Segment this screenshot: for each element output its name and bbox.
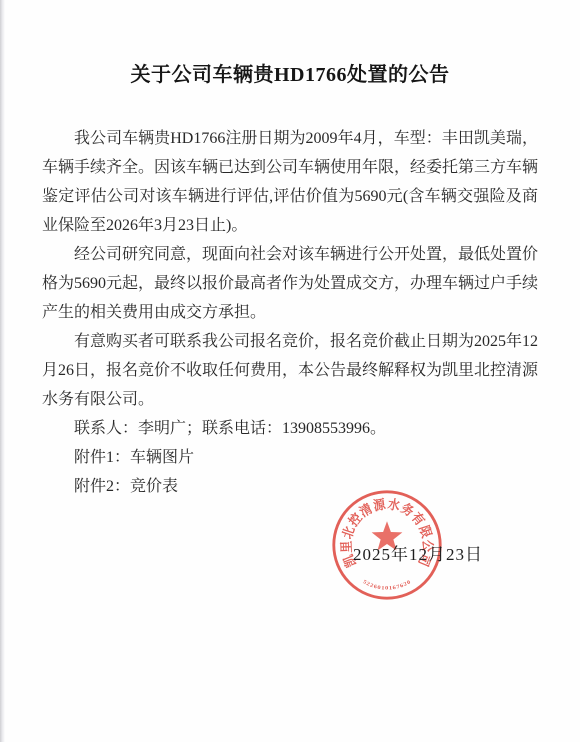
scan-edge-shadow (0, 0, 5, 742)
paragraph-bidding-info: 有意购买者可联系我公司报名竞价，报名竞价截止日期为2025年12月26日，报名竞… (42, 327, 538, 414)
document-page: 关于公司车辆贵HD1766处置的公告 我公司车辆贵HD1766注册日期为2009… (0, 0, 580, 742)
paragraph-disposal-terms: 经公司研究同意，现面向社会对该车辆进行公开处置，最低处置价格为5690元起，最终… (42, 240, 538, 327)
issue-date: 2025年12月23日 (353, 540, 483, 565)
page-title: 关于公司车辆贵HD1766处置的公告 (0, 58, 580, 87)
seal-serial-number: 5226010167620 (362, 579, 413, 592)
attachment-1-line: 附件1：车辆图片 (42, 443, 538, 472)
document-body: 我公司车辆贵HD1766注册日期为2009年4月，车型：丰田凯美瑞，车辆手续齐全… (42, 124, 538, 501)
contact-line: 联系人：李明广；联系电话：13908553996。 (42, 414, 538, 443)
svg-text:5226010167620: 5226010167620 (362, 579, 413, 592)
paragraph-vehicle-info: 我公司车辆贵HD1766注册日期为2009年4月，车型：丰田凯美瑞，车辆手续齐全… (42, 124, 538, 240)
attachment-2-line: 附件2：竞价表 (42, 472, 538, 501)
